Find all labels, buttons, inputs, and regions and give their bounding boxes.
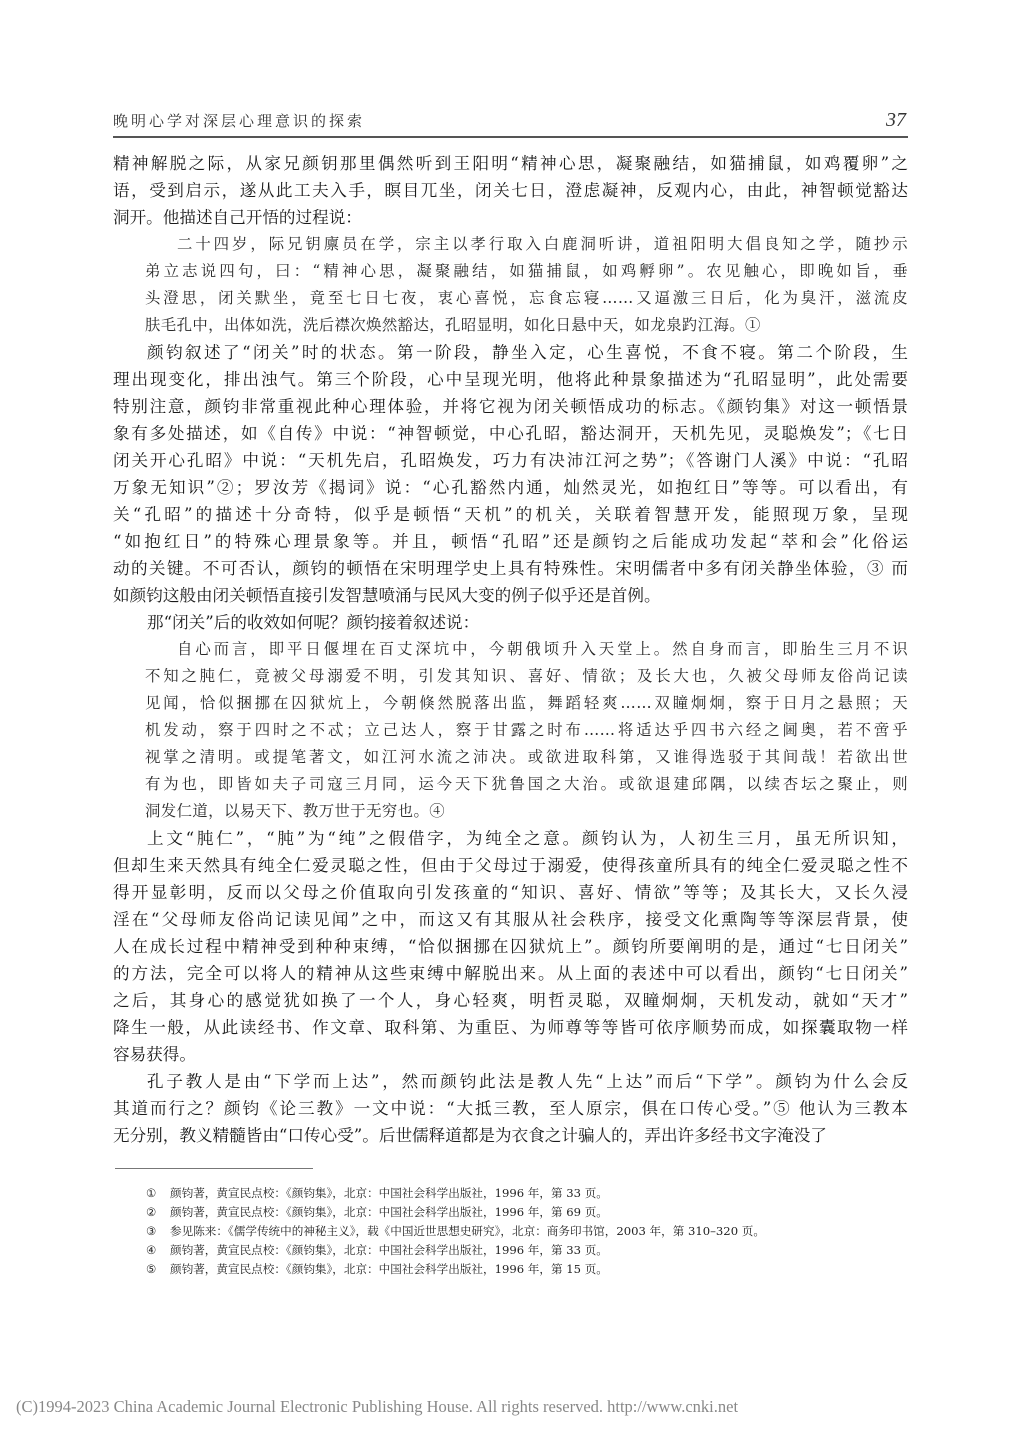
text-line: 精神解脱之际，从家兄颜钥那里偶然听到王阳明“精神心思，凝聚融结，如猫捕鼠，如鸡覆… [113, 150, 908, 177]
text-line: 那“闭关”后的收效如何呢？颜钧接着叙述说： [113, 609, 908, 636]
footnote-marker: ⑤ [146, 1260, 170, 1279]
text-line: 淫在“父母师友俗尚记读见闻”之中，而这又有其服从社会秩序，接受文化熏陶等等深层背… [113, 906, 908, 933]
footnote-marker: ② [146, 1203, 170, 1222]
paragraph: 颜钧叙述了“闭关”时的状态。第一阶段，静坐入定，心生喜悦，不食不寝。第二个阶段，… [113, 339, 908, 609]
text-line: 特别注意，颜钧非常重视此种心理体验，并将它视为闭关顿悟成功的标志。《颜钧集》对这… [113, 393, 908, 420]
text-line: 肤毛孔中，出体如洗，洗后襟次焕然豁达，孔昭显明，如化日悬中天，如龙泉趵江海。① [113, 312, 908, 339]
paragraph: 孔子教人是由“下学而上达”，然而颜钧此法是教人先“上达”而后“下学”。颜钧为什么… [113, 1068, 908, 1149]
text-line: 其道而行之？颜钧《论三教》一文中说：“大抵三教，至人原宗，俱在口传心受。”⑤ 他… [113, 1095, 908, 1122]
journal-page: 晚明心学对深层心理意识的探索 37 精神解脱之际，从家兄颜钥那里偶然听到王阳明“… [0, 0, 1024, 1448]
footnote: ⑤颜钧著，黄宣民点校：《颜钧集》，北京：中国社会科学出版社，1996 年，第 1… [146, 1260, 906, 1279]
footnotes: ①颜钧著，黄宣民点校：《颜钧集》，北京：中国社会科学出版社，1996 年，第 3… [146, 1184, 906, 1279]
text-line: 语，受到启示，遂从此工夫入手，瞑目兀坐，闭关七日，澄虑凝神，反观内心，由此，神智… [113, 177, 908, 204]
running-header: 晚明心学对深层心理意识的探索 37 [113, 110, 908, 138]
footnote: ①颜钧著，黄宣民点校：《颜钧集》，北京：中国社会科学出版社，1996 年，第 3… [146, 1184, 906, 1203]
text-line: 弟立志说四句，曰：“精神心思，凝聚融结，如猫捕鼠，如鸡孵卵”。农见触心，即晚如旨… [113, 258, 908, 285]
text-line: 自心而言，即平日偃埋在百丈深坑中，今朝俄顷升入天堂上。然自身而言，即胎生三月不识 [113, 636, 908, 663]
footnote-text: 参见陈来：《儒学传统中的神秘主义》，载《中国近世思想史研究》，北京：商务印书馆，… [170, 1224, 765, 1238]
footnote-text: 颜钧著，黄宣民点校：《颜钧集》，北京：中国社会科学出版社，1996 年，第 69… [170, 1205, 608, 1219]
footnote-marker: ③ [146, 1222, 170, 1241]
text-line: 但却生来天然具有纯全仁爱灵聪之性，但由于父母过于溺爱，使得孩童所具有的纯全仁爱灵… [113, 852, 908, 879]
text-line: 动的关键。不可否认，颜钧的顿悟在宋明理学史上具有特殊性。宋明儒者中多有闭关静坐体… [113, 555, 908, 582]
text-line: 洞开。他描述自己开悟的过程说： [113, 204, 908, 231]
text-line: 象有多处描述，如《自传》中说：“神智顿觉，中心孔昭，豁达洞开，天机先见，灵聪焕发… [113, 420, 908, 447]
footnote-marker: ① [146, 1184, 170, 1203]
copyright-notice: (C)1994-2023 China Academic Journal Elec… [16, 1397, 738, 1417]
text-line: 得开显彰明，反而以父母之价值取向引发孩童的“知识、喜好、情欲”等等；及其长大，又… [113, 879, 908, 906]
text-line: 的方法，完全可以将人的精神从这些束缚中解脱出来。从上面的表述中可以看出，颜钧“七… [113, 960, 908, 987]
footnote-text: 颜钧著，黄宣民点校：《颜钧集》，北京：中国社会科学出版社，1996 年，第 33… [170, 1243, 608, 1257]
body-text: 精神解脱之际，从家兄颜钥那里偶然听到王阳明“精神心思，凝聚融结，如猫捕鼠，如鸡覆… [113, 150, 908, 1149]
text-line: 机发动，察于四时之不忒；立己达人，察于甘露之时布……将适达乎四书六经之阃奥，若不… [113, 717, 908, 744]
footnote-rule [115, 1168, 313, 1169]
block-quote: 自心而言，即平日偃埋在百丈深坑中，今朝俄顷升入天堂上。然自身而言，即胎生三月不识… [113, 636, 908, 825]
header-rule [113, 136, 908, 138]
text-line: 闭关开心孔昭》中说：“天机先启，孔昭焕发，巧力有决沛江河之势”；《答谢门人溪》中… [113, 447, 908, 474]
footnote: ③参见陈来：《儒学传统中的神秘主义》，载《中国近世思想史研究》，北京：商务印书馆… [146, 1222, 906, 1241]
text-line: 理出现变化，排出浊气。第三个阶段，心中呈现光明，他将此种景象描述为“孔昭显明”，… [113, 366, 908, 393]
footnote-text: 颜钧著，黄宣民点校：《颜钧集》，北京：中国社会科学出版社，1996 年，第 33… [170, 1186, 608, 1200]
text-line: 万象无知识”②；罗汝芳《揭词》说：“心孔豁然内通，灿然灵光，如抱红日”等等。可以… [113, 474, 908, 501]
paragraph: 精神解脱之际，从家兄颜钥那里偶然听到王阳明“精神心思，凝聚融结，如猫捕鼠，如鸡覆… [113, 150, 908, 231]
text-line: 孔子教人是由“下学而上达”，然而颜钧此法是教人先“上达”而后“下学”。颜钧为什么… [113, 1068, 908, 1095]
paragraph: 那“闭关”后的收效如何呢？颜钧接着叙述说： [113, 609, 908, 636]
text-line: 头澄思，闭关默坐，竟至七日七夜，衷心喜悦，忘食忘寝……又逼激三日后，化为臭汗，滋… [113, 285, 908, 312]
block-quote: 二十四岁，际兄钥廪员在学，宗主以孝行取入白鹿洞听讲，道祖阳明大倡良知之学，随抄示… [113, 231, 908, 339]
text-line: 上文“肫仁”，“肫”为“纯”之假借字，为纯全之意。颜钧认为，人初生三月，虽无所识… [113, 825, 908, 852]
text-line: 容易获得。 [113, 1041, 908, 1068]
text-line: 如颜钧这般由闭关顿悟直接引发智慧喷涌与民风大变的例子似乎还是首例。 [113, 582, 908, 609]
text-line: 见闻，恰似捆挪在囚狱炕上，今朝倏然脱落出监，舞蹈轻爽……双瞳炯炯，察于日月之悬照… [113, 690, 908, 717]
text-line: 人在成长过程中精神受到种种束缚，“恰似捆挪在囚狱炕上”。颜钧所要阐明的是，通过“… [113, 933, 908, 960]
footnote-marker: ④ [146, 1241, 170, 1260]
text-line: 有为也，即皆如夫子司寇三月同，运今天下犹鲁国之大治。或欲退建邱隅，以续杏坛之聚止… [113, 771, 908, 798]
text-line: 视掌之清明。或提笔著文，如江河水流之沛决。或欲进取科第，又谁得选驳于其间哉！若欲… [113, 744, 908, 771]
footnote-text: 颜钧著，黄宣民点校：《颜钧集》，北京：中国社会科学出版社，1996 年，第 15… [170, 1262, 608, 1276]
page-number: 37 [886, 108, 906, 132]
text-line: “如抱红日”的特殊心理景象等。并且，顿悟“孔昭”还是颜钧之后能成功发起“萃和会”… [113, 528, 908, 555]
text-line: 降生一般，从此读经书、作文章、取科第、为重臣、为师尊等等皆可依序顺势而成，如探囊… [113, 1014, 908, 1041]
footnote: ②颜钧著，黄宣民点校：《颜钧集》，北京：中国社会科学出版社，1996 年，第 6… [146, 1203, 906, 1222]
text-line: 颜钧叙述了“闭关”时的状态。第一阶段，静坐入定，心生喜悦，不食不寝。第二个阶段，… [113, 339, 908, 366]
text-line: 洞发仁道，以易天下、教万世于无穷也。④ [113, 798, 908, 825]
text-line: 关“孔昭”的描述十分奇特，似乎是顿悟“天机”的机关，关联着智慧开发，能照现万象，… [113, 501, 908, 528]
text-line: 不知之肫仁，竟被父母溺爱不明，引发其知识、喜好、情欲；及长大也，久被父母师友俗尚… [113, 663, 908, 690]
running-title: 晚明心学对深层心理意识的探索 [113, 110, 365, 132]
footnote: ④颜钧著，黄宣民点校：《颜钧集》，北京：中国社会科学出版社，1996 年，第 3… [146, 1241, 906, 1260]
text-line: 二十四岁，际兄钥廪员在学，宗主以孝行取入白鹿洞听讲，道祖阳明大倡良知之学，随抄示 [113, 231, 908, 258]
text-line: 之后，其身心的感觉犹如换了一个人，身心轻爽，明哲灵聪，双瞳炯炯，天机发动，就如“… [113, 987, 908, 1014]
text-line: 无分别，教义精髓皆由“口传心受”。后世儒释道都是为衣食之计骗人的，弄出许多经书文… [113, 1122, 908, 1149]
paragraph: 上文“肫仁”，“肫”为“纯”之假借字，为纯全之意。颜钧认为，人初生三月，虽无所识… [113, 825, 908, 1068]
